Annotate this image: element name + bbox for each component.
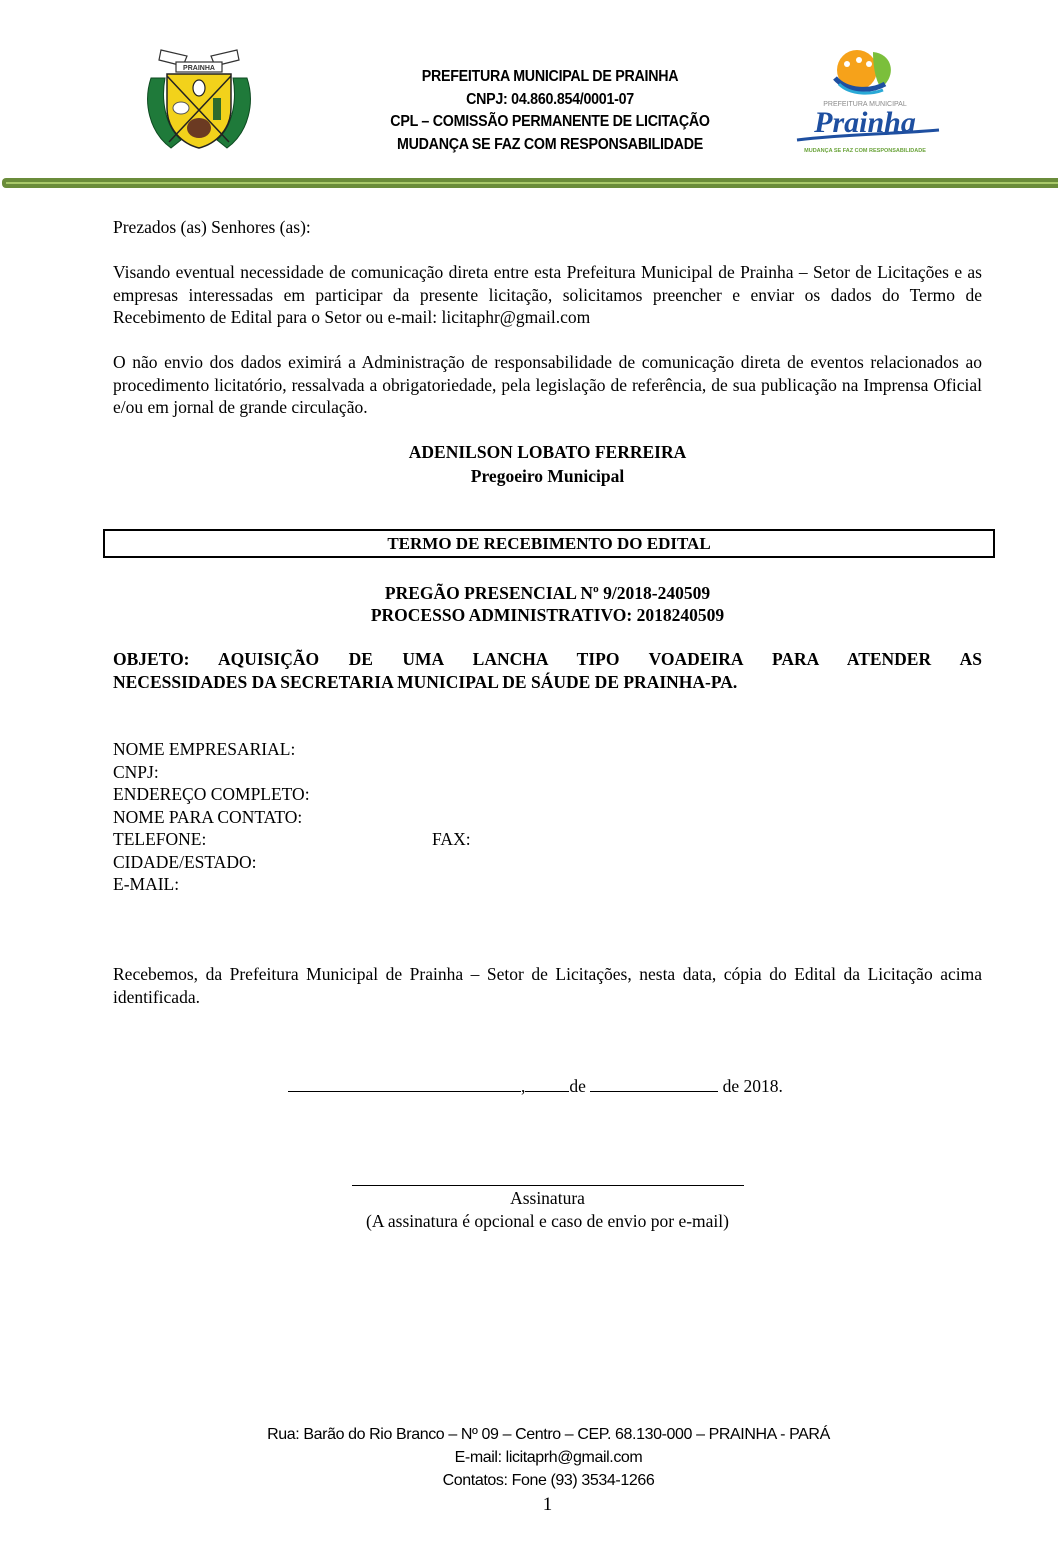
paragraph-disclaimer: O não envio dos dados eximirá a Administ…	[113, 351, 982, 419]
field-nome-contato: NOME PARA CONTATO:	[113, 806, 310, 829]
field-cidade-estado: CIDADE/ESTADO:	[113, 851, 310, 874]
date-line: ,de de 2018.	[288, 1075, 783, 1097]
field-email: E-MAIL:	[113, 873, 310, 896]
footer: Rua: Barão do Rio Branco – Nº 09 – Centr…	[200, 1423, 897, 1492]
signature-block: Assinatura (A assinatura é opcional e ca…	[113, 1187, 982, 1233]
month-blank	[590, 1075, 718, 1092]
termo-title-box: TERMO DE RECEBIMENTO DO EDITAL	[103, 529, 995, 558]
objeto-line-2: NECESSIDADES DA SECRETARIA MUNICIPAL DE …	[113, 672, 737, 692]
date-de: de	[569, 1076, 586, 1096]
paragraph-communication: Visando eventual necessidade de comunica…	[113, 261, 982, 329]
field-telefone-row: TELEFONE: FAX:	[113, 828, 310, 851]
signatory-name: ADENILSON LOBATO FERREIRA	[113, 440, 982, 464]
header-cnpj: CNPJ: 04.860.854/0001-07	[320, 89, 780, 112]
prainha-brand-logo: PREFEITURA MUNICIPAL Prainha MUDANÇA SE …	[785, 40, 945, 160]
signature-line	[352, 1185, 744, 1186]
header-department: CPL – COMISSÃO PERMANENTE DE LICITAÇÃO	[320, 111, 780, 134]
footer-email: E-mail: licitaprh@gmail.com	[200, 1446, 897, 1469]
signatory-role: Pregoeiro Municipal	[113, 464, 982, 488]
pregao-number: PREGÃO PRESENCIAL Nº 9/2018-240509	[113, 581, 982, 605]
page-number: 1	[113, 1493, 982, 1517]
header-text-block: PREFEITURA MUNICIPAL DE PRAINHA CNPJ: 04…	[320, 66, 780, 156]
greeting: Prezados (as) Senhores (as):	[113, 216, 982, 239]
day-blank	[525, 1075, 569, 1092]
logo-slogan-text: MUDANÇA SE FAZ COM RESPONSABILIDADE	[804, 148, 926, 154]
objeto-block: OBJETO: AQUISIÇÃO DE UMA LANCHA TIPO VOA…	[113, 648, 982, 693]
header-org-name: PREFEITURA MUNICIPAL DE PRAINHA	[320, 66, 780, 89]
city-blank	[288, 1075, 521, 1092]
processo-number: PROCESSO ADMINISTRATIVO: 2018240509	[113, 603, 982, 627]
company-fields: NOME EMPRESARIAL: CNPJ: ENDEREÇO COMPLET…	[113, 738, 310, 896]
field-cnpj: CNPJ:	[113, 761, 310, 784]
receipt-statement: Recebemos, da Prefeitura Municipal de Pr…	[113, 963, 982, 1008]
date-year: de 2018.	[723, 1076, 783, 1096]
field-telefone: TELEFONE:	[113, 829, 206, 849]
signature-label: Assinatura	[113, 1187, 982, 1210]
footer-address: Rua: Barão do Rio Branco – Nº 09 – Centr…	[200, 1423, 897, 1446]
coat-of-arms-logo: PRAINHA	[143, 42, 255, 154]
svg-text:PRAINHA: PRAINHA	[183, 65, 215, 72]
termo-title: TERMO DE RECEBIMENTO DO EDITAL	[105, 531, 993, 556]
field-endereco: ENDEREÇO COMPLETO:	[113, 783, 310, 806]
signature-note: (A assinatura é opcional e caso de envio…	[113, 1210, 982, 1233]
header-divider	[2, 178, 1058, 188]
header-slogan: MUDANÇA SE FAZ COM RESPONSABILIDADE	[320, 134, 780, 157]
objeto-line-1: OBJETO: AQUISIÇÃO DE UMA LANCHA TIPO VOA…	[113, 648, 982, 671]
field-nome-empresarial: NOME EMPRESARIAL:	[113, 738, 310, 761]
field-fax: FAX:	[432, 828, 471, 851]
footer-phone: Contatos: Fone (93) 3534-1266	[200, 1469, 897, 1492]
